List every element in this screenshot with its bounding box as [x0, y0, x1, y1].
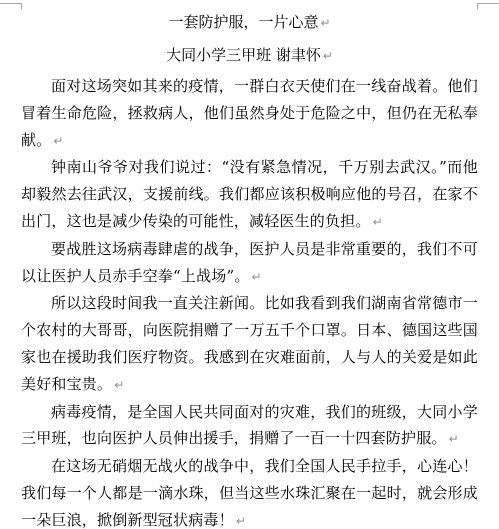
document-page: 一套防护服，一片心意↵ 大同小学三甲班 谢聿怀↵ 面对这场突如其来的疫情，一群白… [0, 0, 499, 529]
paragraph-text: 钟南山爷爷对我们说过：“没有紧急情况，千万别去武汉。”而他却毅然去往武汉，支援前… [21, 158, 478, 230]
paragraph-mark-icon: ↵ [373, 215, 383, 229]
paragraph-text: 所以这段时间我一直关注新闻。比如我看到我们湖南省常德市一个农村的大哥哥，向医院捐… [21, 294, 478, 392]
paragraph-text: 要战胜这场病毒肆虐的战争，医护人员是非常重要的，我们不可以让医护人员赤手空拳“上… [21, 240, 478, 285]
document-content: 一套防护服，一片心意↵ 大同小学三甲班 谢聿怀↵ 面对这场突如其来的疫情，一群白… [0, 0, 499, 529]
paragraph: 病毒疫情，是全国人民共同面对的灾难，我们的班级，大同小学三甲班，也向医护人员伸出… [21, 399, 478, 454]
paragraph-mark-icon: ↵ [53, 134, 63, 148]
paragraph-text: 面对这场突如其来的疫情，一群白衣天使们在一线奋战着。他们冒着生命危险，拯救病人，… [21, 77, 478, 149]
page-margin-corner-mark-top-right [477, 3, 499, 10]
page-margin-corner-mark-top-left [0, 3, 22, 10]
paragraph: 钟南山爷爷对我们说过：“没有紧急情况，千万别去武汉。”而他却毅然去往武汉，支援前… [21, 154, 478, 235]
paragraph: 所以这段时间我一直关注新闻。比如我看到我们湖南省常德市一个农村的大哥哥，向医院捐… [21, 290, 478, 398]
paragraph-mark-icon: ↵ [114, 378, 124, 392]
paragraph: 要战胜这场病毒肆虐的战争，医护人员是非常重要的，我们不可以让医护人员赤手空拳“上… [21, 236, 478, 291]
essay-byline-line: 大同小学三甲班 谢聿怀↵ [21, 39, 478, 72]
paragraph-mark-icon: ↵ [236, 514, 246, 528]
essay-byline: 大同小学三甲班 谢聿怀 [166, 46, 321, 64]
paragraph-mark-icon: ↵ [449, 432, 459, 446]
paragraph-mark-icon: ↵ [252, 270, 262, 284]
paragraph-mark-icon: ↵ [323, 49, 333, 63]
essay-body: 面对这场突如其来的疫情，一群白衣天使们在一线奋战着。他们冒着生命危险，拯救病人，… [21, 73, 478, 529]
paragraph: 在这场无硝烟无战火的战争中，我们全国人民手拉手，心连心！我们每一个人都是一滴水珠… [21, 453, 478, 529]
essay-title-line: 一套防护服，一片心意↵ [21, 6, 478, 39]
paragraph: 面对这场突如其来的疫情，一群白衣天使们在一线奋战着。他们冒着生命危险，拯救病人，… [21, 73, 478, 154]
paragraph-text: 在这场无硝烟无战火的战争中，我们全国人民手拉手，心连心！我们每一个人都是一滴水珠… [21, 457, 478, 529]
essay-title: 一套防护服，一片心意 [168, 13, 318, 31]
paragraph-text: 病毒疫情，是全国人民共同面对的灾难，我们的班级，大同小学三甲班，也向医护人员伸出… [21, 403, 478, 448]
paragraph-mark-icon: ↵ [320, 16, 330, 30]
